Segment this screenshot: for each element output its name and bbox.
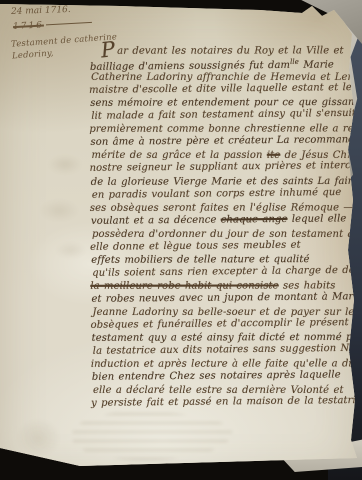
line-text: elle donne et lègue tous ses meubles et: [90, 239, 301, 252]
manuscript-line: y persiste fait et passé en la maison de…: [91, 394, 362, 410]
manuscript-line: obsèques et funérailles et d'accomplir l…: [91, 316, 349, 332]
line-text: lle: [290, 58, 299, 66]
ink-bleedthrough-bottom: [72, 412, 232, 460]
line-text: Marie: [299, 60, 334, 71]
line-text: bien entendre Chez ses notaires après la…: [92, 370, 341, 383]
line-text: voulant et a sa décence: [91, 214, 221, 226]
line-text: obsèques et funérailles et d'accomplir l…: [91, 317, 349, 331]
line-text: la testatrice aux dits notaires sans sug…: [93, 343, 356, 357]
manuscript-line: qu'ils soient sans rien excepter à la ch…: [92, 263, 362, 279]
manuscript-line: maistre d'escolle et dite ville laquelle…: [89, 81, 357, 97]
margin-title-line2: Ledoriny,: [12, 49, 54, 62]
manuscript-line: lit malade a fait son testament ainsy qu…: [91, 107, 356, 123]
line-text: nostre seigneur le suppliant aux prières…: [90, 160, 362, 174]
margin-date-annotation: 24 mai 1716.: [11, 5, 71, 17]
manuscript-line: elle donne et lègue tous ses meubles et: [90, 238, 301, 253]
manuscript-line: voulant et a sa décence chaque ange lequ…: [91, 212, 347, 227]
manuscript-text-block: Par devant les notaires du Roy et la Vil…: [89, 43, 359, 417]
margin-crossed-note: 1716: [13, 18, 92, 32]
manuscript-line: en paradis voulant son corps estre inhum…: [92, 186, 342, 202]
manuscript-line: son âme à nostre père et créateur La rec…: [90, 133, 362, 149]
struck-passage: chaque ange: [221, 214, 288, 226]
scanned-document-viewport: 24 mai 1716. 1716 Testament de catherine…: [0, 0, 362, 480]
line-text: lit malade a fait son testament ainsy qu…: [91, 108, 356, 122]
struck-passage: la meilleure robe habit qui consiste: [90, 280, 278, 291]
line-text: possèdera d'ordonner du jour de son test…: [92, 228, 362, 239]
manuscript-line: et robes neuves avec un jupon de montant…: [91, 290, 362, 306]
line-text: qu'ils soient sans rien excepter à la ch…: [92, 264, 362, 278]
line-text: maistre d'escolle et dite ville laquelle…: [89, 82, 357, 96]
initial-capital: P: [101, 49, 115, 51]
ink-bleedthrough-corner: [0, 408, 70, 468]
line-text: son âme à nostre père et créateur La rec…: [90, 134, 362, 148]
line-text: lequel elle: [287, 213, 346, 225]
manuscript-page: 24 mai 1716. 1716 Testament de catherine…: [0, 0, 362, 480]
line-text: y persiste fait et passé en la maison de…: [91, 395, 362, 409]
ink-bleedthrough-left: [36, 138, 94, 270]
line-text: et robes neuves avec un jupon de montant…: [91, 291, 362, 305]
manuscript-line: la testatrice aux dits notaires sans sug…: [93, 342, 356, 358]
manuscript-line: bien entendre Chez ses notaires après la…: [92, 369, 341, 384]
manuscript-line: nostre seigneur le suppliant aux prières…: [90, 159, 362, 175]
line-text: en paradis voulant son corps estre inhum…: [92, 187, 342, 201]
